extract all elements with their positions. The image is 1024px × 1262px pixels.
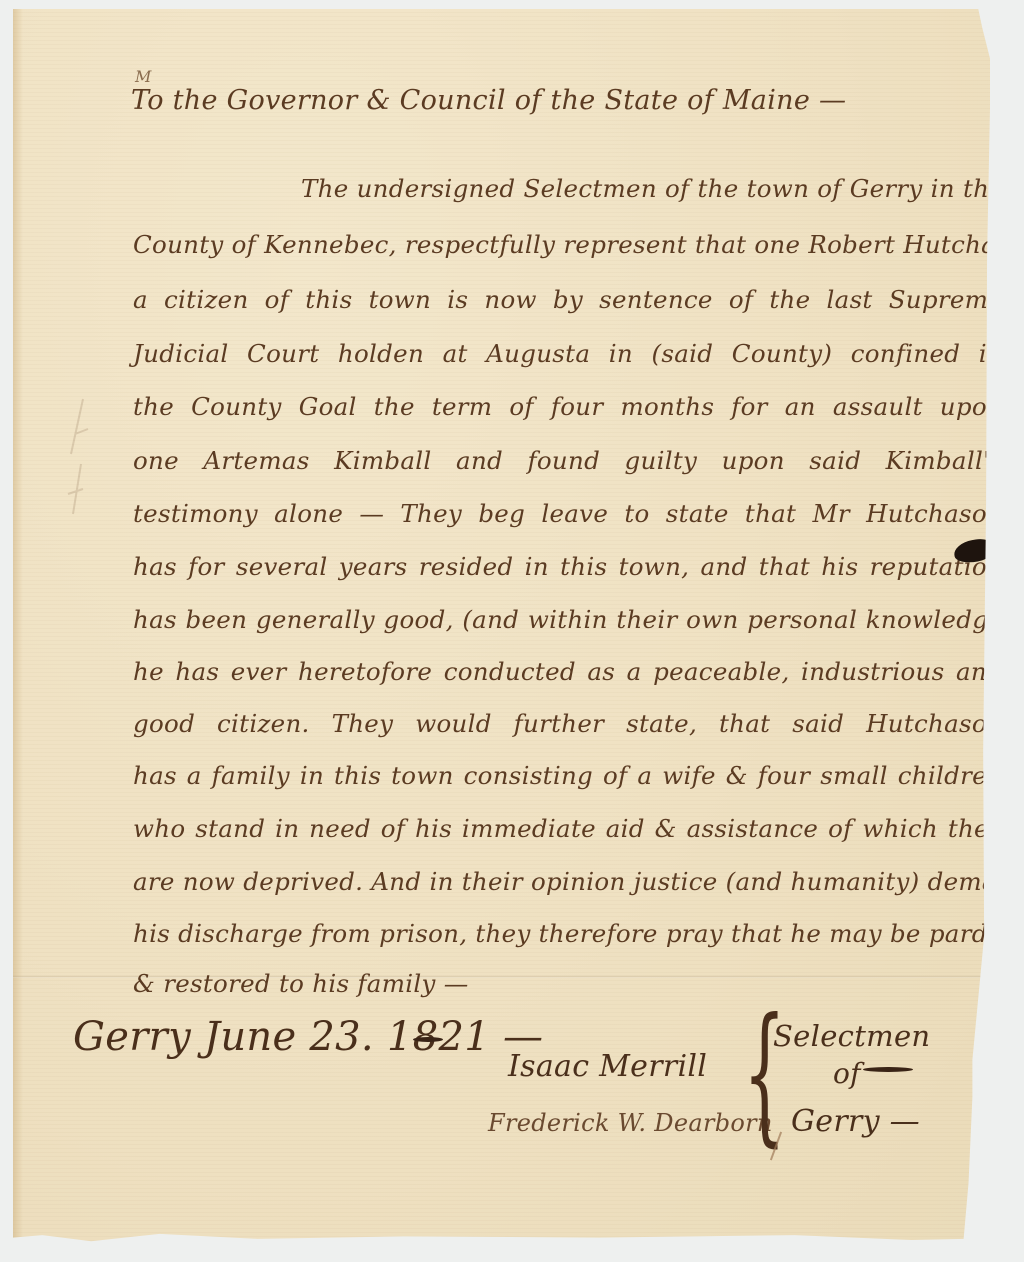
dateline: Gerry June 23. 1821 — — [73, 1014, 543, 1060]
body-line: County of Kennebec, respectfully represe… — [133, 230, 1003, 259]
body-line: are now deprived. And in their opinion j… — [133, 867, 1003, 896]
body-line: who stand in need of his immediate aid &… — [133, 814, 1003, 843]
body-line: The undersigned Selectmen of the town of… — [301, 174, 1001, 203]
body-line: has been generally good, (and within the… — [133, 605, 1003, 634]
body-line: Judicial Court holden at Augusta in (sai… — [133, 339, 1003, 368]
body-line: one Artemas Kimball and found guilty upo… — [133, 446, 1003, 475]
faint-bleedthrough-marks — [53, 394, 103, 544]
body-line: good citizen. They would further state, … — [133, 709, 1003, 738]
signature-frederick-dearborn: Frederick W. Dearborn — [488, 1109, 773, 1137]
selectmen-of: of — [833, 1057, 861, 1090]
body-line: the County Goal the term of four months … — [133, 392, 1003, 421]
paper-edge-shading — [13, 9, 23, 1245]
body-line: & restored to his family — — [133, 969, 1003, 998]
pen-flourish — [863, 1067, 913, 1072]
selectmen-town: Gerry — — [791, 1104, 920, 1139]
document-scan: M To the Governor & Council of the State… — [0, 0, 1024, 1262]
body-line: has for several years resided in this to… — [133, 552, 1003, 581]
body-line: has a family in this town consisting of … — [133, 761, 1003, 790]
body-line: a citizen of this town is now by sentenc… — [133, 285, 1003, 314]
signature-isaac-merrill: Isaac Merrill — [508, 1049, 707, 1084]
salutation: To the Governor & Council of the State o… — [131, 85, 846, 116]
selectmen-title: Selectmen — [773, 1019, 930, 1053]
paper-sheet: M To the Governor & Council of the State… — [13, 9, 990, 1245]
body-line: testimony alone — They beg leave to stat… — [133, 499, 1003, 528]
ink-blot — [952, 537, 995, 566]
body-line: he has ever heretofore conducted as a pe… — [133, 657, 1003, 686]
marginal-note: M — [135, 67, 151, 86]
pen-flourish — [413, 1037, 443, 1042]
body-line: his discharge from prison, they therefor… — [133, 919, 1003, 948]
